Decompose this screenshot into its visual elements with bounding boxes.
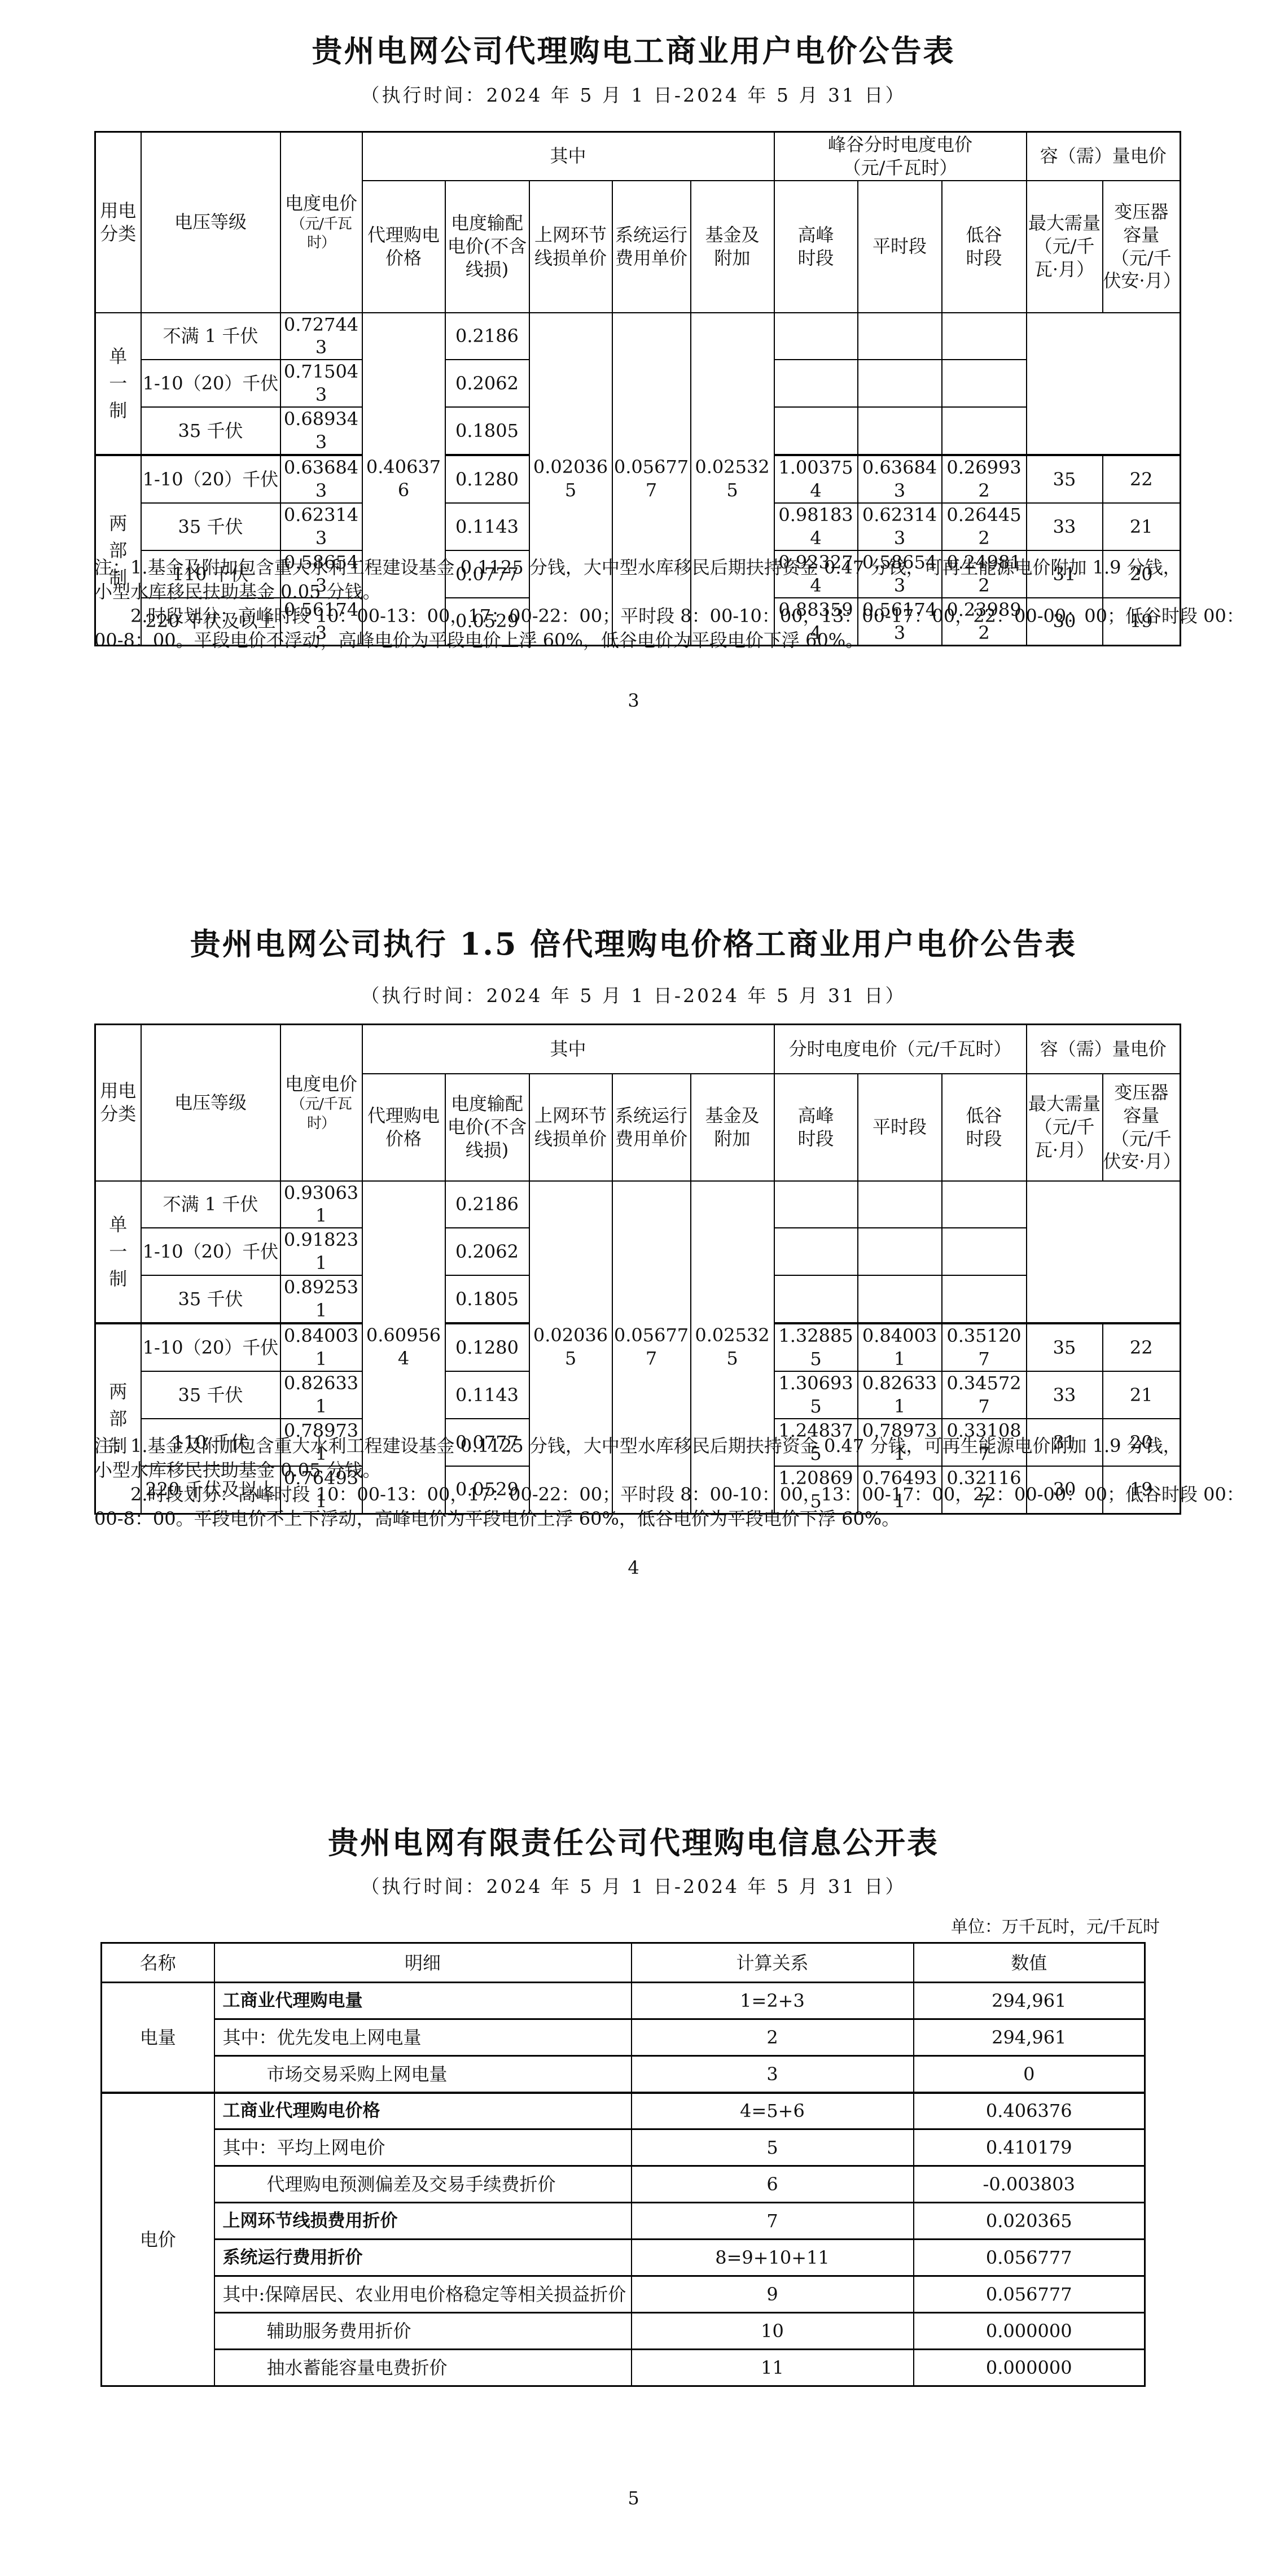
voltage-cell: 不满 1 千伏 — [141, 1181, 280, 1228]
voltage-cell: 1-10（20）千伏 — [141, 1323, 280, 1371]
header-among: 其中 — [362, 1025, 774, 1074]
table-row: 电价 工商业代理购电价格 4=5+6 0.406376 — [102, 2093, 1145, 2129]
detail-cell: 系统运行费用折价 — [214, 2240, 632, 2276]
header-valley: 低谷 时段 — [942, 1074, 1027, 1181]
group-label-single: 单一制 — [95, 313, 141, 456]
header-transmission-price: 电度输配 电价(不含 线损) — [445, 181, 529, 313]
page-number-3: 3 — [0, 690, 1267, 711]
table-row: 辅助服务费用折价 10 0.000000 — [102, 2313, 1145, 2350]
peak-cell — [774, 360, 858, 407]
note-line: 注：1.基金及附加包含重大水利工程建设基金 0.1125 分钱，大中型水库移民后… — [94, 556, 1181, 580]
detail-cell: 代理购电预测偏差及交易手续费折价 — [214, 2166, 632, 2203]
note-line: 00-8：00。平段电价不浮动，高峰电价为平段电价上浮 60%，低谷电价为平段电… — [94, 628, 1181, 653]
header-flat: 平时段 — [858, 181, 942, 313]
flat-cell: 0.826331 — [858, 1371, 942, 1419]
header-tou-price: 峰谷分时电度电价 （元/千瓦时） — [774, 132, 1027, 181]
flat-cell — [858, 313, 942, 360]
header-energy-price-label: 电度电价 — [281, 192, 362, 215]
detail-cell: 市场交易采购上网电量 — [214, 2056, 632, 2093]
relation-cell: 1=2+3 — [632, 1983, 914, 2019]
transmission-cell: 0.2186 — [445, 313, 529, 360]
energy-price-cell: 0.930631 — [280, 1181, 362, 1228]
document-page: 贵州电网公司代理购电工商业用户电价公告表 （执行时间：2024 年 5 月 1 … — [0, 0, 1267, 2576]
flat-cell: 0.636843 — [858, 455, 942, 503]
note-line: 小型水库移民扶助基金 0.05 分钱。 — [94, 1458, 1181, 1482]
detail-cell: 上网环节线损费用折价 — [214, 2203, 632, 2240]
header-energy-price-unit: （元/千瓦时） — [281, 215, 362, 253]
header-system-cost: 系统运行 费用单价 — [612, 1074, 691, 1181]
peak-cell — [774, 313, 858, 360]
page-number-4: 4 — [0, 1557, 1267, 1578]
group-label-text: 单一制 — [108, 1211, 128, 1292]
relation-cell: 3 — [632, 2056, 914, 2093]
header-name: 名称 — [102, 1943, 214, 1983]
valley-cell: 0.264452 — [942, 503, 1027, 550]
header-energy-price: 电度电价（元/千瓦时） — [280, 1025, 362, 1181]
demand-cell: 33 — [1027, 1371, 1103, 1419]
valley-cell — [942, 1275, 1027, 1323]
flat-cell — [858, 1228, 942, 1275]
detail-cell: 其中:保障居民、农业用电价格稳定等相关损益折价 — [214, 2276, 632, 2313]
flat-cell — [858, 1275, 942, 1323]
value-cell: 0.056777 — [914, 2276, 1145, 2313]
table-row: 抽水蓄能容量电费折价 11 0.000000 — [102, 2350, 1145, 2386]
header-energy-price: 电度电价（元/千瓦时） — [280, 132, 362, 313]
header-detail: 明细 — [214, 1943, 632, 1983]
transmission-cell: 0.2062 — [445, 360, 529, 407]
table3-execution-period: （执行时间：2024 年 5 月 1 日-2024 年 5 月 31 日） — [0, 1872, 1267, 1899]
transformer-cell: 22 — [1103, 455, 1181, 503]
header-fund-surcharge: 基金及 附加 — [691, 181, 774, 313]
table1-notes: 注：1.基金及附加包含重大水利工程建设基金 0.1125 分钱，大中型水库移民后… — [94, 556, 1181, 653]
demand-cell: 35 — [1027, 455, 1103, 503]
transmission-cell: 0.2062 — [445, 1228, 529, 1275]
header-tou-price: 分时电度电价（元/千瓦时） — [774, 1025, 1027, 1074]
transmission-cell: 0.1805 — [445, 1275, 529, 1323]
table-row: 单一制 不满 1 千伏 0.930631 0.609564 0.2186 0.0… — [95, 1181, 1181, 1228]
energy-price-cell: 0.689343 — [280, 407, 362, 455]
valley-cell — [942, 407, 1027, 455]
voltage-cell: 1-10（20）千伏 — [141, 1228, 280, 1275]
capacity-empty-cell — [1027, 313, 1181, 456]
valley-cell — [942, 1181, 1027, 1228]
header-energy-price-unit: （元/千瓦时） — [281, 1095, 362, 1133]
group-label-single: 单一制 — [95, 1181, 141, 1324]
peak-cell — [774, 1275, 858, 1323]
table-row: 其中:保障居民、农业用电价格稳定等相关损益折价 9 0.056777 — [102, 2276, 1145, 2313]
table-row: 其中：优先发电上网电量 2 294,961 — [102, 2019, 1145, 2056]
table-row: 代理购电预测偏差及交易手续费折价 6 -0.003803 — [102, 2166, 1145, 2203]
header-peak: 高峰 时段 — [774, 1074, 858, 1181]
voltage-cell: 1-10（20）千伏 — [141, 360, 280, 407]
valley-cell: 0.269932 — [942, 455, 1027, 503]
header-voltage-level: 电压等级 — [141, 132, 280, 313]
header-max-demand: 最大需量 （元/千 瓦·月） — [1027, 181, 1103, 313]
header-among: 其中 — [362, 132, 774, 181]
relation-cell: 4=5+6 — [632, 2093, 914, 2129]
header-capacity-price: 容（需）量电价 — [1027, 1025, 1181, 1074]
voltage-cell: 不满 1 千伏 — [141, 313, 280, 360]
flat-cell: 0.623143 — [858, 503, 942, 550]
note-line: 小型水库移民扶助基金 0.05 分钱。 — [94, 580, 1181, 604]
relation-cell: 10 — [632, 2313, 914, 2350]
flat-cell — [858, 360, 942, 407]
relation-cell: 2 — [632, 2019, 914, 2056]
table2-execution-period: （执行时间：2024 年 5 月 1 日-2024 年 5 月 31 日） — [0, 981, 1267, 1008]
valley-cell: 0.345727 — [942, 1371, 1027, 1419]
page-number-5: 5 — [0, 2487, 1267, 2509]
unit-note: 单位：万千瓦时，元/千瓦时 — [94, 1913, 1160, 1938]
table-row: 电量 工商业代理购电量 1=2+3 294,961 — [102, 1983, 1145, 2019]
flat-cell — [858, 407, 942, 455]
transmission-cell: 0.1143 — [445, 503, 529, 550]
energy-price-cell: 0.727443 — [280, 313, 362, 360]
table-row: 上网环节线损费用折价 7 0.020365 — [102, 2203, 1145, 2240]
header-flat: 平时段 — [858, 1074, 942, 1181]
header-peak: 高峰 时段 — [774, 181, 858, 313]
table2-notes: 注：1.基金及附加包含重大水利工程建设基金 0.1125 分钱，大中型水库移民后… — [94, 1434, 1181, 1531]
demand-cell: 35 — [1027, 1323, 1103, 1371]
value-cell: 0.000000 — [914, 2313, 1145, 2350]
header-valley: 低谷 时段 — [942, 181, 1027, 313]
energy-price-cell: 0.636843 — [280, 455, 362, 503]
relation-cell: 8=9+10+11 — [632, 2240, 914, 2276]
header-user-class: 用电 分类 — [95, 132, 141, 313]
energy-price-cell: 0.826331 — [280, 1371, 362, 1419]
peak-cell — [774, 1181, 858, 1228]
header-agency-price: 代理购电 价格 — [362, 181, 445, 313]
detail-cell: 辅助服务费用折价 — [214, 2313, 632, 2350]
header-transformer-capacity: 变压器 容量 （元/千 伏安·月） — [1103, 1074, 1181, 1181]
note-line: 00-8：00。平段电价不上下浮动，高峰电价为平段电价上浮 60%，低谷电价为平… — [94, 1507, 1181, 1531]
transformer-cell: 21 — [1103, 1371, 1181, 1419]
transmission-cell: 0.1805 — [445, 407, 529, 455]
section-label-energy: 电量 — [102, 1983, 214, 2093]
voltage-cell: 35 千伏 — [141, 1275, 280, 1323]
energy-price-cell: 0.715043 — [280, 360, 362, 407]
value-cell: 0.410179 — [914, 2129, 1145, 2166]
transmission-cell: 0.1143 — [445, 1371, 529, 1419]
relation-cell: 9 — [632, 2276, 914, 2313]
demand-cell: 33 — [1027, 503, 1103, 550]
table1-execution-period: （执行时间：2024 年 5 月 1 日-2024 年 5 月 31 日） — [0, 81, 1267, 107]
valley-cell — [942, 313, 1027, 360]
energy-price-cell: 0.840031 — [280, 1323, 362, 1371]
table2-title: 贵州电网公司执行 1.5 倍代理购电价格工商业用户电价公告表 — [0, 920, 1267, 964]
detail-cell: 工商业代理购电量 — [214, 1983, 632, 2019]
energy-price-cell: 0.918231 — [280, 1228, 362, 1275]
detail-cell: 其中：平均上网电价 — [214, 2129, 632, 2166]
flat-cell: 0.840031 — [858, 1323, 942, 1371]
table-row: 其中：平均上网电价 5 0.410179 — [102, 2129, 1145, 2166]
value-cell: 0.056777 — [914, 2240, 1145, 2276]
relation-cell: 6 — [632, 2166, 914, 2203]
peak-cell: 0.981834 — [774, 503, 858, 550]
header-voltage-level: 电压等级 — [141, 1025, 280, 1181]
value-cell: -0.003803 — [914, 2166, 1145, 2203]
header-capacity-price: 容（需）量电价 — [1027, 132, 1181, 181]
header-transformer-capacity: 变压器 容量 （元/千 伏安·月） — [1103, 181, 1181, 313]
transmission-cell: 0.1280 — [445, 455, 529, 503]
peak-cell — [774, 407, 858, 455]
value-cell: 0.406376 — [914, 2093, 1145, 2129]
note-line: 2.时段划分：高峰时段 10：00-13：00，17：00-22：00；平时段 … — [94, 1482, 1181, 1507]
valley-cell — [942, 1228, 1027, 1275]
header-max-demand: 最大需量 （元/千 瓦·月） — [1027, 1074, 1103, 1181]
header-fund-surcharge: 基金及 附加 — [691, 1074, 774, 1181]
voltage-cell: 1-10（20）千伏 — [141, 455, 280, 503]
value-cell: 0.020365 — [914, 2203, 1145, 2240]
section-label-price: 电价 — [102, 2093, 214, 2386]
peak-cell: 1.306935 — [774, 1371, 858, 1419]
header-energy-price-label: 电度电价 — [281, 1073, 362, 1096]
header-system-cost: 系统运行 费用单价 — [612, 181, 691, 313]
note-line: 2.时段划分：高峰时段 10：00-13：00，17：00-22：00；平时段 … — [94, 604, 1181, 628]
value-cell: 294,961 — [914, 2019, 1145, 2056]
transformer-cell: 22 — [1103, 1323, 1181, 1371]
header-transmission-price: 电度输配 电价(不含 线损) — [445, 1074, 529, 1181]
table-row: 市场交易采购上网电量 3 0 — [102, 2056, 1145, 2093]
group-label-text: 单一制 — [108, 343, 128, 424]
header-relation: 计算关系 — [632, 1943, 914, 1983]
relation-cell: 7 — [632, 2203, 914, 2240]
agency-purchase-info-table: 名称 明细 计算关系 数值 电量 工商业代理购电量 1=2+3 294,961 … — [100, 1942, 1146, 2387]
energy-price-cell: 0.892531 — [280, 1275, 362, 1323]
table1-title: 贵州电网公司代理购电工商业用户电价公告表 — [0, 27, 1267, 71]
flat-cell — [858, 1181, 942, 1228]
table-row: 单一制 不满 1 千伏 0.727443 0.406376 0.2186 0.0… — [95, 313, 1181, 360]
detail-cell: 其中：优先发电上网电量 — [214, 2019, 632, 2056]
transmission-cell: 0.2186 — [445, 1181, 529, 1228]
relation-cell: 5 — [632, 2129, 914, 2166]
value-cell: 0.000000 — [914, 2350, 1145, 2386]
header-value: 数值 — [914, 1943, 1145, 1983]
capacity-empty-cell — [1027, 1181, 1181, 1324]
peak-cell — [774, 1228, 858, 1275]
header-agency-price: 代理购电 价格 — [362, 1074, 445, 1181]
transmission-cell: 0.1280 — [445, 1323, 529, 1371]
table-row: 系统运行费用折价 8=9+10+11 0.056777 — [102, 2240, 1145, 2276]
peak-cell: 1.328855 — [774, 1323, 858, 1371]
header-user-class: 用电 分类 — [95, 1025, 141, 1181]
value-cell: 294,961 — [914, 1983, 1145, 2019]
valley-cell — [942, 360, 1027, 407]
header-grid-loss: 上网环节 线损单价 — [529, 181, 612, 313]
energy-price-cell: 0.623143 — [280, 503, 362, 550]
voltage-cell: 35 千伏 — [141, 1371, 280, 1419]
relation-cell: 11 — [632, 2350, 914, 2386]
detail-cell: 抽水蓄能容量电费折价 — [214, 2350, 632, 2386]
voltage-cell: 35 千伏 — [141, 503, 280, 550]
value-cell: 0 — [914, 2056, 1145, 2093]
header-grid-loss: 上网环节 线损单价 — [529, 1074, 612, 1181]
note-line: 注：1.基金及附加包含重大水利工程建设基金 0.1125 分钱，大中型水库移民后… — [94, 1434, 1181, 1458]
transformer-cell: 21 — [1103, 503, 1181, 550]
valley-cell: 0.351207 — [942, 1323, 1027, 1371]
table3-title: 贵州电网有限责任公司代理购电信息公开表 — [0, 1819, 1267, 1862]
detail-cell: 工商业代理购电价格 — [214, 2093, 632, 2129]
peak-cell: 1.003754 — [774, 455, 858, 503]
voltage-cell: 35 千伏 — [141, 407, 280, 455]
